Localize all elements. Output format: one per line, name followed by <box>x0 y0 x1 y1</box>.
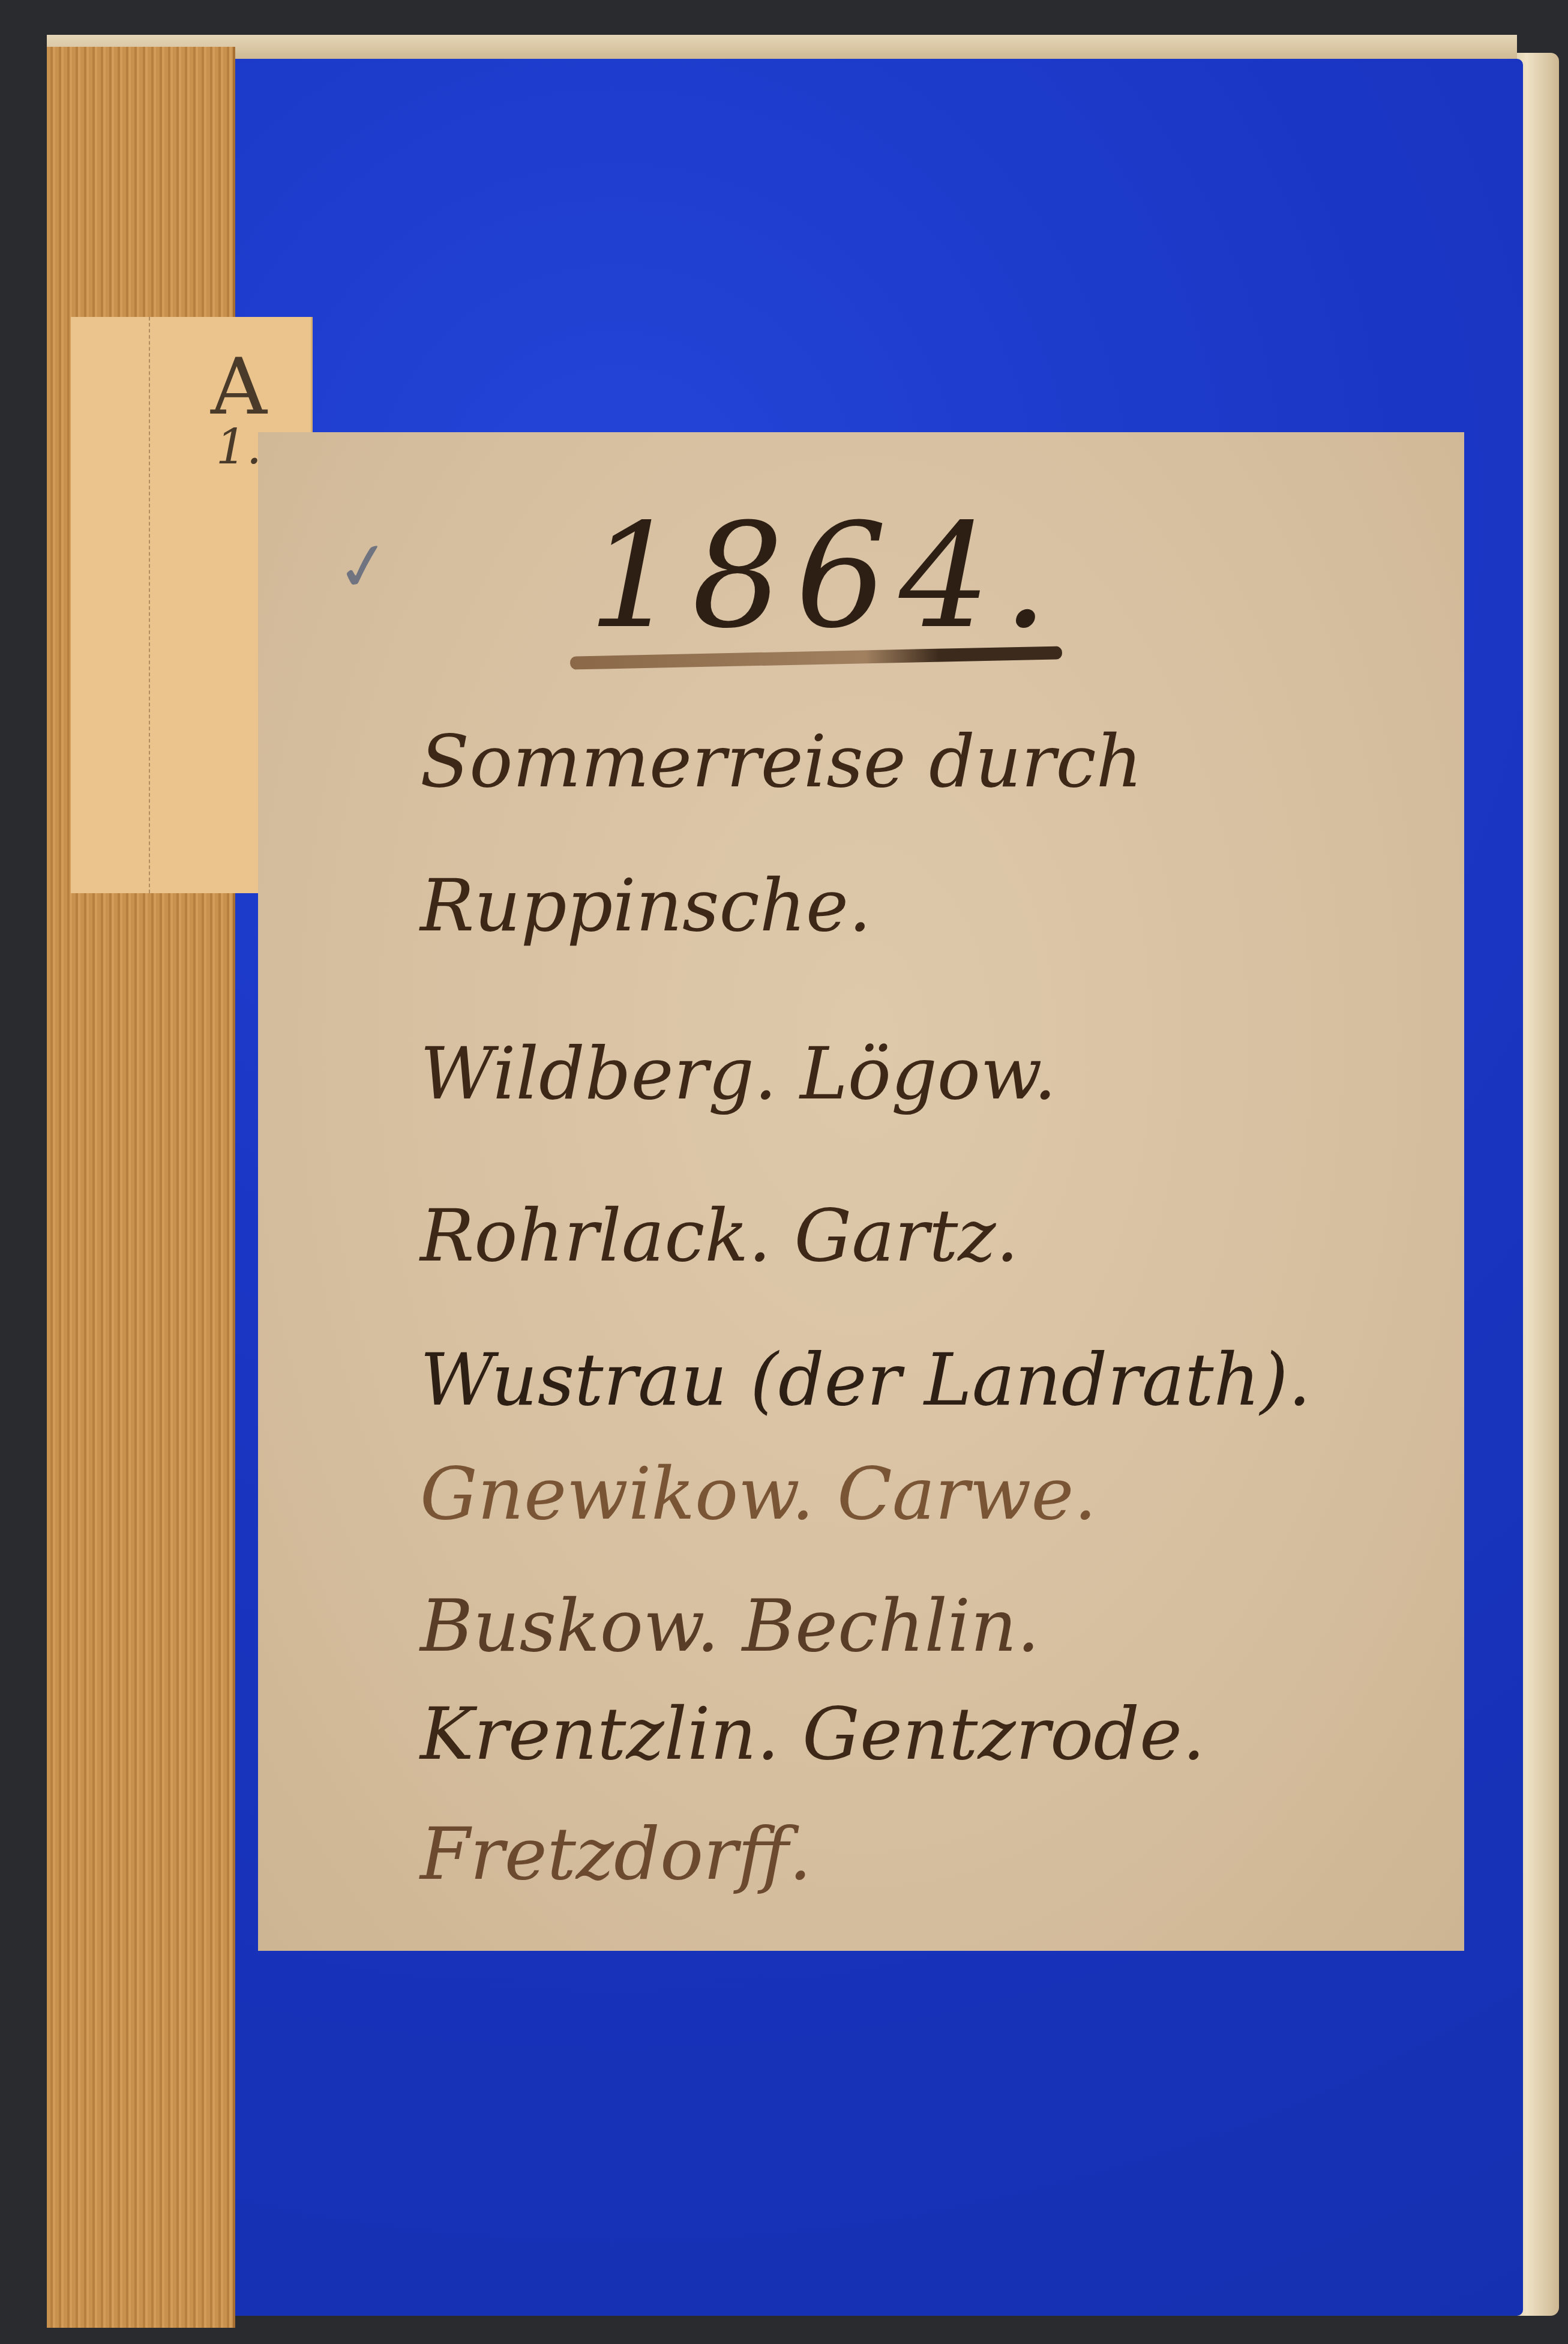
label-line: Gnewikow. Carwe. <box>420 1453 1097 1536</box>
year-heading: 1864. <box>588 492 1060 660</box>
label-line: Wustrau (der Landrath). <box>420 1339 1311 1422</box>
label-line: Sommerreise durch <box>420 720 1143 804</box>
check-mark-icon: ✓ <box>331 525 397 609</box>
label-line: Ruppinsche. <box>420 864 871 948</box>
label-line: Rohrlack. Gartz. <box>420 1195 1019 1278</box>
label-line: Krentzlin. Gentzrode. <box>420 1693 1205 1776</box>
label-line: Wildberg. Lögow. <box>420 1032 1057 1116</box>
label-line: Buskow. Bechlin. <box>420 1585 1040 1668</box>
label-line: Fretzdorff. <box>420 1813 812 1896</box>
spine-fold-line <box>149 317 150 893</box>
